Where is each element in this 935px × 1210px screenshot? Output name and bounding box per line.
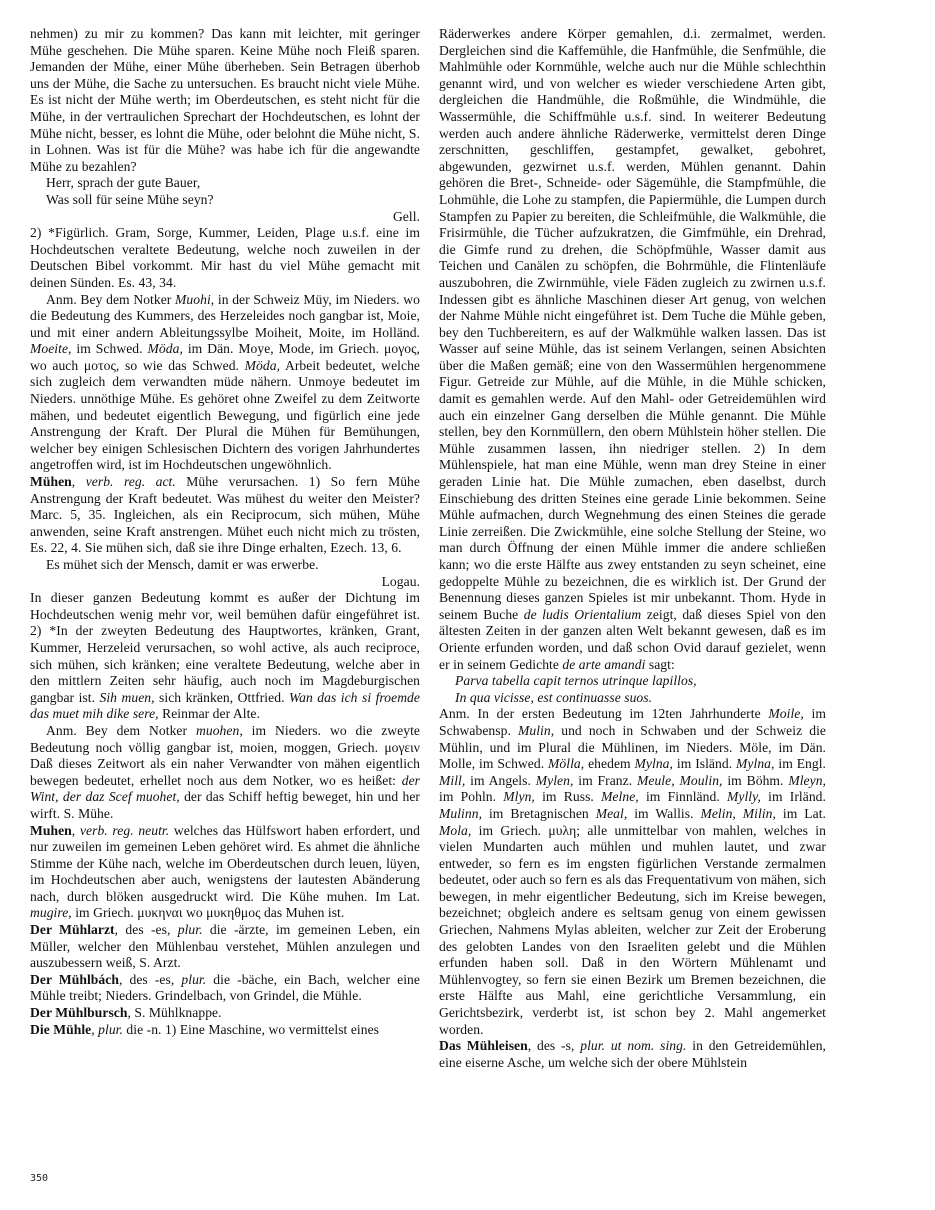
verse-attribution: Gell.	[30, 209, 420, 226]
entry-muehleisen: Das Mühleisen, des -s, plur. ut nom. sin…	[439, 1038, 826, 1071]
entry-muehlbach: Der Mühlbách, des -es, plur. die -bäche,…	[30, 972, 420, 1005]
grammar-label: plur.	[181, 972, 206, 987]
grammar-label: verb. reg. act.	[86, 474, 176, 489]
entry-muhen: Muhen, verb. reg. neutr. welches das Hül…	[30, 823, 420, 923]
annotation-muehen: Anm. Bey dem Notker muohen, im Nieders. …	[30, 723, 420, 823]
annotation-muehe: Anm. Bey dem Notker Muohi, in der Schwei…	[30, 292, 420, 475]
entry-muehe-sense-2: 2) *Figürlich. Gram, Sorge, Kummer, Leid…	[30, 225, 420, 291]
verse-line: Herr, sprach der gute Bauer,	[30, 175, 420, 192]
headword: Der Mühlarzt	[30, 922, 115, 937]
headword: Muhen	[30, 823, 72, 838]
page-number: 350	[30, 1173, 48, 1184]
headword: Die Mühle	[30, 1022, 91, 1037]
grammar-label: plur.	[98, 1022, 123, 1037]
entry-muehen: Mühen, verb. reg. act. Mühe verursachen.…	[30, 474, 420, 557]
headword: Das Mühleisen	[439, 1038, 528, 1053]
latin-verse-line: In qua vicisse, est continuasse suos.	[439, 690, 826, 707]
latin-verse-line: Parva tabella capit ternos utrinque lapi…	[439, 673, 826, 690]
entry-muehle: Die Mühle, plur. die -n. 1) Eine Maschin…	[30, 1022, 420, 1039]
grammar-label: plur. ut nom. sing.	[580, 1038, 686, 1053]
dictionary-page: nehmen) zu mir zu kommen? Das kann mit l…	[0, 0, 935, 1210]
annotation-muehle: Anm. In der ersten Bedeutung im 12ten Ja…	[439, 706, 826, 1038]
entry-muehlarzt: Der Mühlarzt, des -es, plur. die -ärzte,…	[30, 922, 420, 972]
headword: Mühen	[30, 474, 72, 489]
right-column: Räderwerkes andere Körper gemahlen, d.i.…	[439, 26, 826, 1071]
entry-muehen-continued: In dieser ganzen Bedeutung kommt es auße…	[30, 590, 420, 723]
entry-muehle-continuation: Räderwerkes andere Körper gemahlen, d.i.…	[439, 26, 826, 673]
verse-attribution: Logau.	[30, 574, 420, 591]
grammar-label: plur.	[178, 922, 203, 937]
headword: Der Mühlbách	[30, 972, 119, 987]
entry-muehe-continuation: nehmen) zu mir zu kommen? Das kann mit l…	[30, 26, 420, 175]
verse-line: Was soll für seine Mühe seyn?	[30, 192, 420, 209]
entry-muehlbursch: Der Mühlbursch, S. Mühlknappe.	[30, 1005, 420, 1022]
left-column: nehmen) zu mir zu kommen? Das kann mit l…	[30, 26, 420, 1038]
verse-line: Es mühet sich der Mensch, damit er was e…	[30, 557, 420, 574]
headword: Der Mühlbursch	[30, 1005, 128, 1020]
grammar-label: verb. reg. neutr.	[80, 823, 169, 838]
